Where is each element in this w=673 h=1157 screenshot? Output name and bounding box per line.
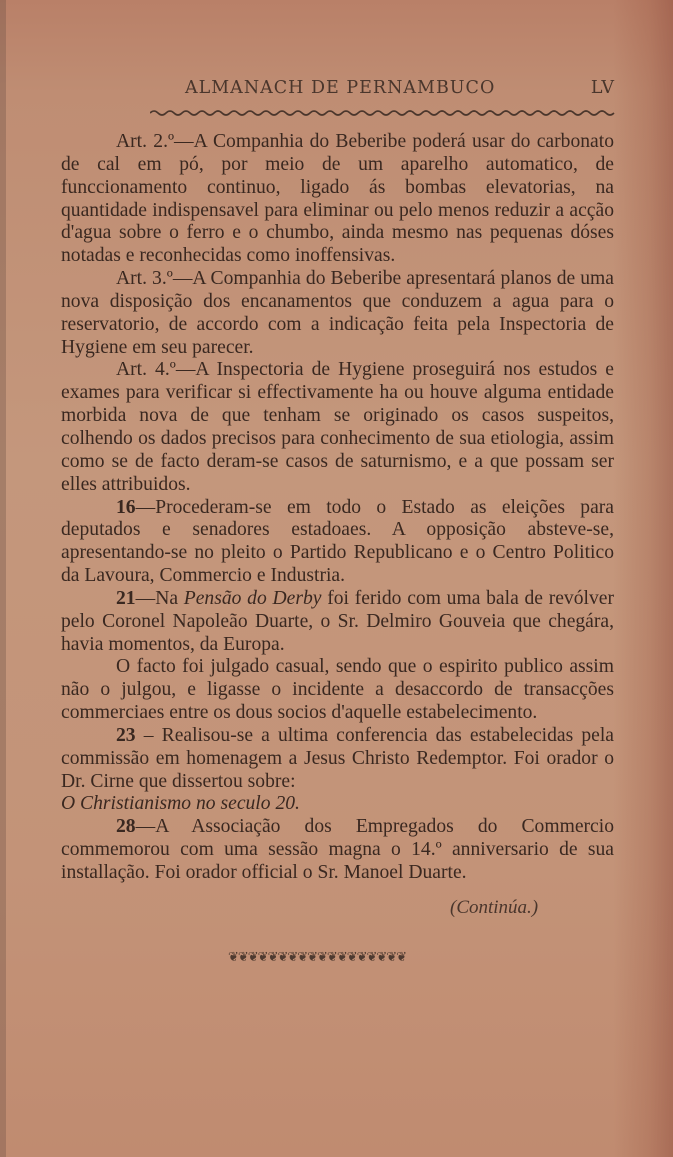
wavy-rule-divider [150,108,615,118]
page-left-edge [0,0,6,1157]
continues-note: (Continúa.) [450,897,538,919]
paragraph-day-21: 21—Na Pensão do Derby foi ferido com uma… [61,588,614,657]
day-number: 16 [116,497,136,518]
day-number: 28 [116,816,136,837]
running-title: ALMANACH DE PERNAMBUCO [185,78,495,98]
paragraph-day-16: 16—Procederam-se em todo o Estado as ele… [61,497,614,588]
paragraph-facto: O facto foi julgado casual, sendo que o … [61,656,614,725]
article-body: Art. 2.º—A Companhia do Beberibe poderá … [61,131,614,885]
running-header: ALMANACH DE PERNAMBUCO LV [185,78,615,98]
page-right-shadow [613,0,673,1157]
page-number: LV [591,78,615,98]
paragraph-day-23: 23 – Realisou-se a ultima conferencia da… [61,725,614,794]
paragraph-day-28: 28—A Associação dos Empregados do Commer… [61,816,614,885]
italic-place-name: Pensão do Derby [184,588,322,609]
fleuron-ornament-divider: ❦❦❦❦❦❦❦❦❦❦❦❦❦❦❦❦❦❦ [228,950,406,965]
day-number: 21 [116,588,136,609]
paragraph-art-3: Art. 3.º—A Companhia do Beberibe apresen… [61,268,614,359]
day-number: 23 [116,725,136,746]
paragraph-art-2: Art. 2.º—A Companhia do Beberibe poderá … [61,131,614,268]
lecture-title: O Christianismo no seculo 20. [61,793,614,816]
paragraph-art-4: Art. 4.º—A Inspectoria de Hygiene proseg… [61,359,614,496]
